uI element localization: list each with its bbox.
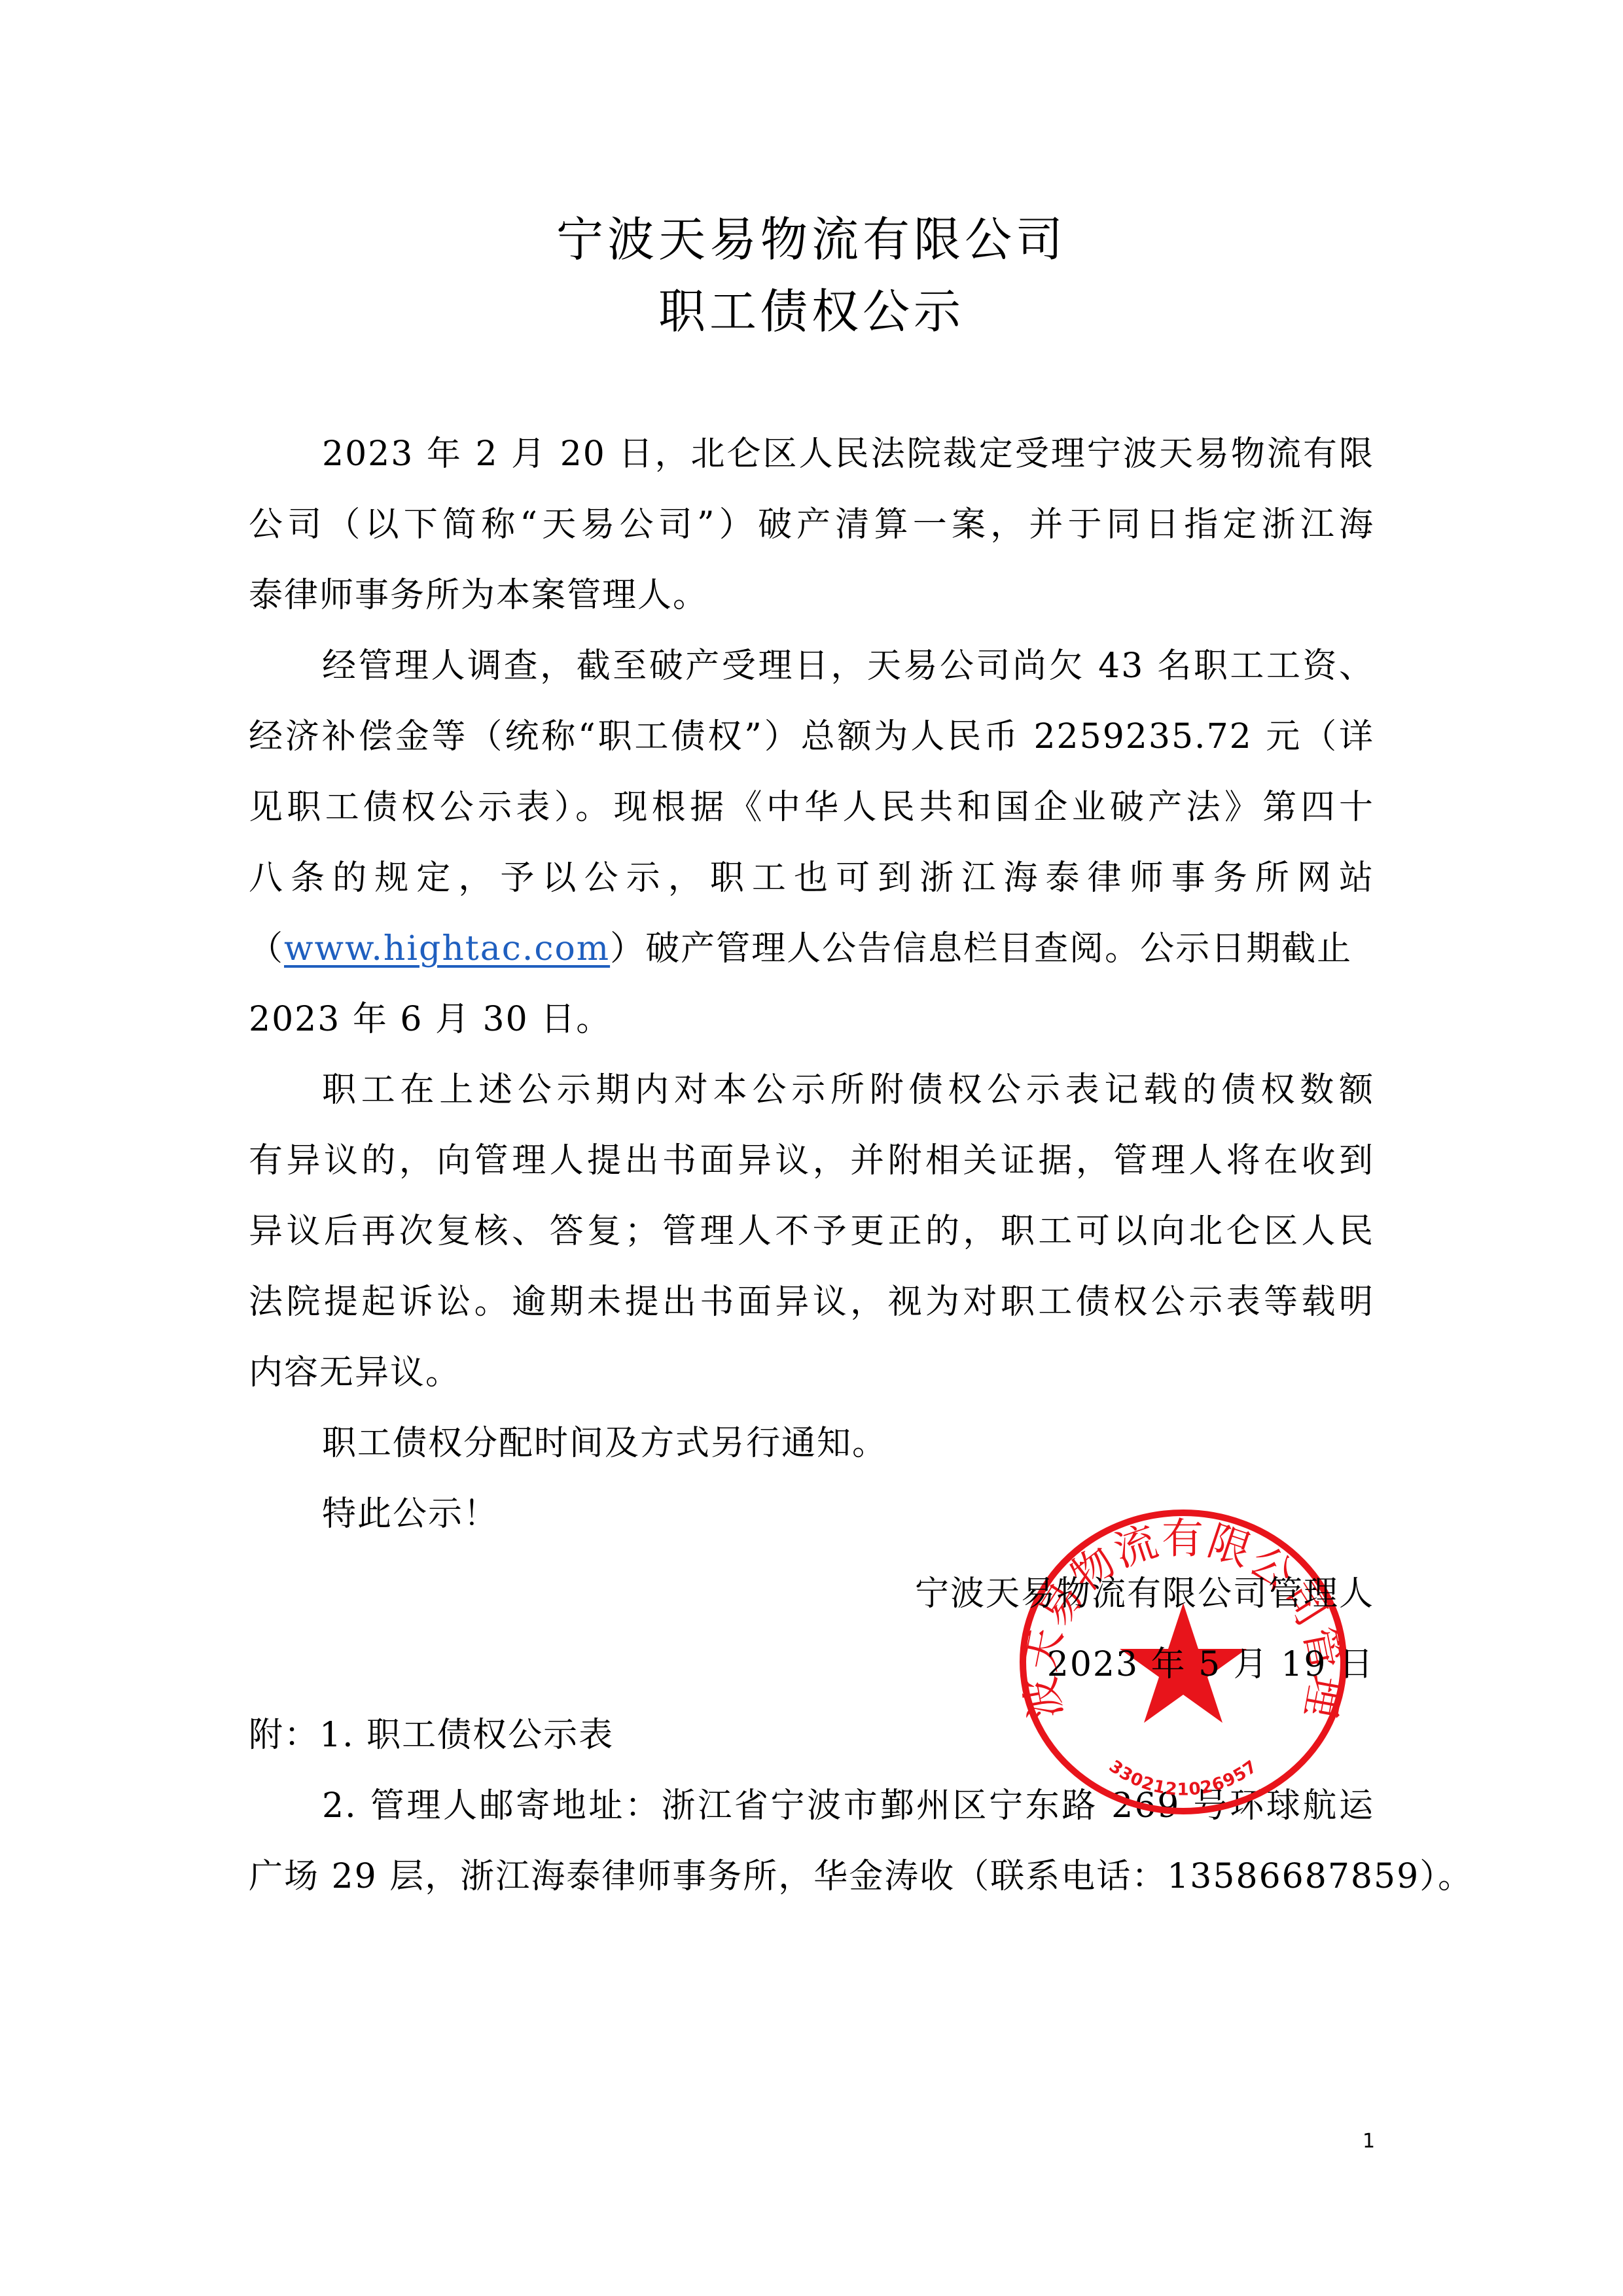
distribution-notice: 职工债权分配时间及方式另行通知。 [249, 1426, 1374, 1460]
open-paren: （ [249, 929, 284, 968]
attachment-item-2-line-2: 广场 29 层，浙江海泰律师事务所，华金涛收（联系电话：13586687859）… [249, 1860, 1374, 1894]
paragraph-1-line-2: 公司（以下简称“天易公司”）破产清算一案，并于同日指定浙江海 [249, 508, 1374, 542]
website-link[interactable]: www.hightac.com [284, 929, 610, 968]
svg-text:宁波天易物流有限公司管理人: 宁波天易物流有限公司管理人 [1013, 1505, 1350, 1723]
document-page: 宁波天易物流有限公司 职工债权公示 2023 年 2 月 20 日，北仑区人民法… [0, 0, 1623, 2296]
seal-outer-text: 宁波天易物流有限公司管理人 [1013, 1505, 1350, 1723]
issue-date: 2023 年 5 月 19 日 [1047, 1648, 1374, 1682]
closing-statement: 特此公示！ [249, 1497, 1374, 1531]
paragraph-2-line-4: 八条的规定，予以公示，职工也可到浙江海泰律师事务所网站 [249, 861, 1374, 895]
paragraph-1-line-3: 泰律师事务所为本案管理人。 [249, 578, 1374, 612]
paragraph-3-line-4: 法院提起诉讼。逾期未提出书面异议，视为对职工债权公示表等载明 [249, 1285, 1374, 1319]
document-subtitle: 职工债权公示 [0, 288, 1623, 335]
paragraph-2-line-1: 经管理人调查，截至破产受理日，天易公司尚欠 43 名职工工资、 [249, 649, 1374, 683]
paragraph-1-line-1: 2023 年 2 月 20 日，北仑区人民法院裁定受理宁波天易物流有限 [249, 437, 1374, 471]
paragraph-3-line-1: 职工在上述公示期内对本公示所附债权公示表记载的债权数额 [249, 1073, 1374, 1107]
paragraph-2-line-2: 经济补偿金等（统称“职工债权”）总额为人民币 2259235.72 元（详 [249, 720, 1374, 754]
paragraph-3-line-5: 内容无异议。 [249, 1356, 1374, 1390]
paragraph-2-line-6: 2023 年 6 月 30 日。 [249, 1002, 1374, 1036]
paragraph-3-line-3: 异议后再次复核、答复；管理人不予更正的，职工可以向北仑区人民 [249, 1214, 1374, 1248]
paragraph-2-line-3: 见职工债权公示表）。现根据《中华人民共和国企业破产法》第四十 [249, 790, 1374, 824]
paragraph-3-line-2: 有异议的，向管理人提出书面异议，并附相关证据，管理人将在收到 [249, 1144, 1374, 1178]
attachment-item-2-line-1: 2. 管理人邮寄地址：浙江省宁波市鄞州区宁东路 269 号环球航运 [249, 1789, 1374, 1823]
page-number: 1 [1363, 2132, 1375, 2151]
attachment-item-1: 附：1. 职工债权公示表 [249, 1718, 1374, 1752]
link-line-rest: ）破产管理人公告信息栏目查阅。公示日期截止 [610, 929, 1352, 968]
document-title: 宁波天易物流有限公司 [0, 216, 1623, 263]
issuer-signature: 宁波天易物流有限公司管理人 [915, 1577, 1374, 1611]
paragraph-2-line-5: （www.hightac.com）破产管理人公告信息栏目查阅。公示日期截止 [249, 932, 1374, 966]
